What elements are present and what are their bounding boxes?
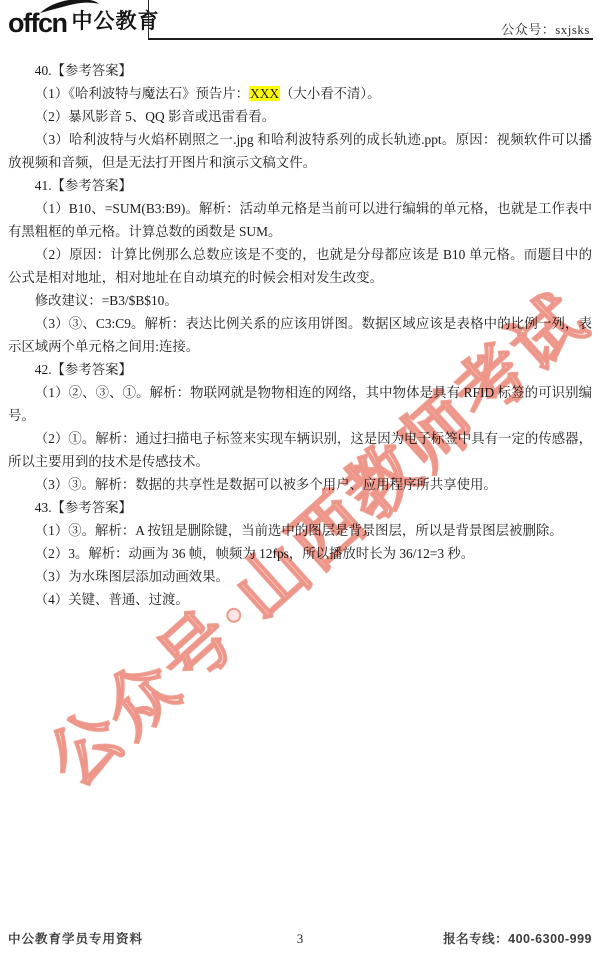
header-vertical-divider (148, 0, 149, 39)
answer-43-item-3: （3）为水珠图层添加动画效果。 (8, 565, 592, 588)
answer-42-item-3: （3）③。解析：数据的共享性是数据可以被多个用户、应用程序所共享使用。 (8, 473, 592, 496)
answer-42-heading: 42.【参考答案】 (8, 358, 592, 381)
answer-40-item-1-pre: （1）《哈利波特与魔法石》预告片： (35, 86, 249, 101)
answer-41-item-1: （1）B10、=SUM(B3:B9)。解析：活动单元格是当前可以进行编辑的单元格… (8, 197, 592, 243)
answer-40-item-1-post: （大小看不清）。 (280, 86, 380, 101)
answer-41-heading: 41.【参考答案】 (8, 174, 592, 197)
answer-41-item-3: （3）③、C3:C9。解析：表达比例关系的应该用饼图。数据区域应该是表格中的比例… (8, 312, 592, 358)
answer-43-item-1: （1）③。解析：A 按钮是删除键，当前选中的图层是背景图层，所以是背景图层被删除… (8, 519, 592, 542)
answers-content: 40.【参考答案】 （1）《哈利波特与魔法石》预告片：XXX（大小看不清）。 （… (8, 59, 592, 611)
header-rule (148, 38, 593, 40)
wechat-account-label: 公众号：sxjsks (501, 19, 590, 38)
answer-41-item-2: （2）原因：计算比例那么总数应该是不变的，也就是分母都应该是 B10 单元格。而… (8, 243, 592, 289)
document-page: offcn 中公教育 公众号：sxjsks 40.【参考答案】 （1）《哈利波特… (0, 0, 600, 959)
answer-40-heading: 40.【参考答案】 (8, 59, 592, 82)
answer-41-revision-note: 修改建议：=B3/$B$10。 (8, 289, 592, 312)
highlighted-text: XXX (249, 86, 280, 101)
logo-swoosh-icon (38, 0, 100, 14)
answer-40-item-3: （3）哈利波特与火焰杯剧照之一.jpg 和哈利波特系列的成长轨迹.ppt。原因：… (8, 128, 592, 174)
answer-43-heading: 43.【参考答案】 (8, 496, 592, 519)
footer-left-text: 中公教育学员专用资料 (8, 929, 143, 947)
page-footer: 中公教育学员专用资料 3 报名专线：400-6300-999 (8, 929, 592, 947)
offcn-logo: offcn 中公教育 (8, 5, 159, 37)
answer-43-item-4: （4）关键、普通、过渡。 (8, 588, 592, 611)
answer-40-item-1: （1）《哈利波特与魔法石》预告片：XXX（大小看不清）。 (8, 82, 592, 105)
answer-42-item-2: （2）①。解析：通过扫描电子标签来实现车辆识别，这是因为电子标签中具有一定的传感… (8, 427, 592, 473)
answer-40-item-2: （2）暴风影音 5、QQ 影音或迅雷看看。 (8, 105, 592, 128)
answer-42-item-1: （1）②、③、①。解析：物联网就是物物相连的网络，其中物体是具有 RFID 标签… (8, 381, 592, 427)
page-number: 3 (297, 931, 304, 947)
page-header: offcn 中公教育 公众号：sxjsks (0, 0, 600, 42)
footer-hotline: 报名专线：400-6300-999 (443, 929, 592, 947)
answer-43-item-2: （2）3。解析：动画为 36 帧，帧频为 12fps，所以播放时长为 36/12… (8, 542, 592, 565)
